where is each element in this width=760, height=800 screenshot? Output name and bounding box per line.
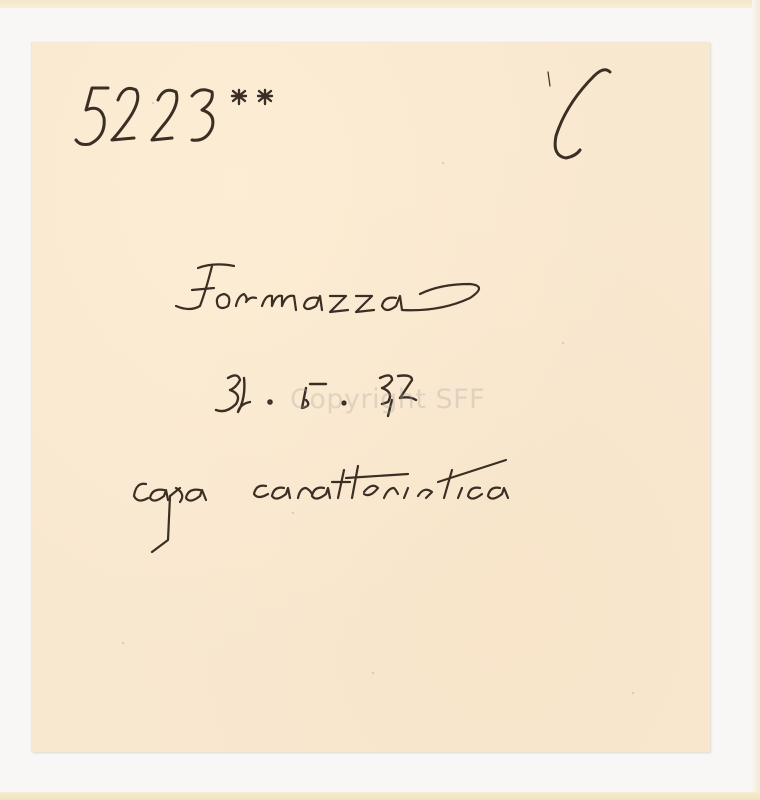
place-name: Formazza [172, 262, 388, 313]
caption: casa caratteristica [128, 462, 504, 508]
catalog-marks: ** [232, 84, 254, 109]
scan-edge-top [0, 0, 760, 8]
scan-background: 5223 ** C Formazza 31.5.37 casa caratter… [0, 0, 760, 800]
catalog-number: 5223 [70, 84, 182, 135]
scan-edge-bottom [0, 792, 760, 800]
copyright-watermark: Copyright SFF [290, 384, 485, 415]
scan-edge-right [752, 0, 760, 800]
series-letter: C [552, 70, 606, 152]
